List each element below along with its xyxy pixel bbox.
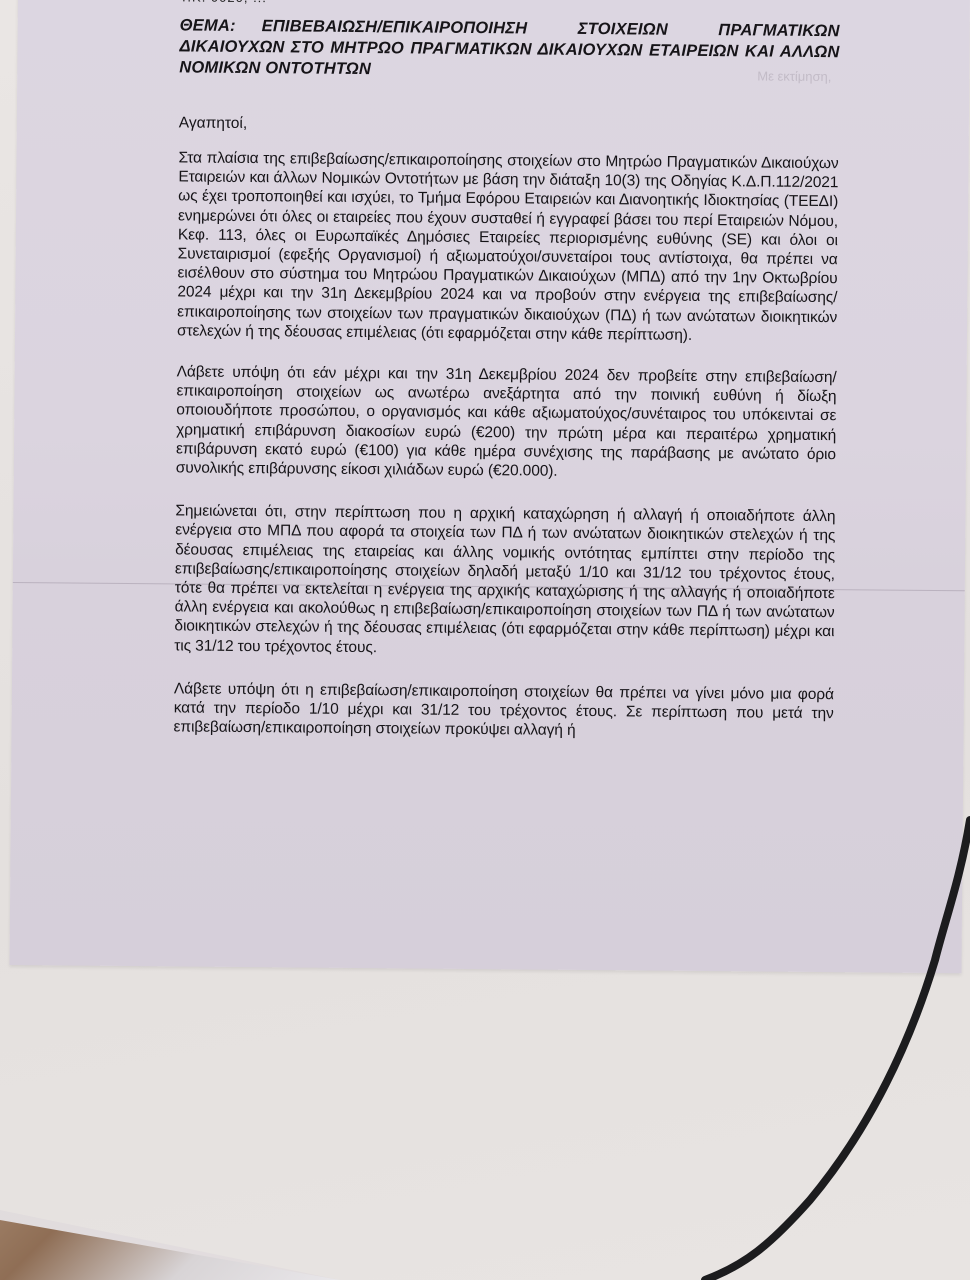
paragraph-penalties: Λάβετε υπόψη ότι εάν μέχρι και την 31η Δ… <box>176 362 837 483</box>
letter-page: Με εκτίμηση, Τ.Κ. 0020, ... ΘΕΜΑ:ΕΠΙΒΕΒΑ… <box>9 0 969 973</box>
subject-label: ΘΕΜΑ: <box>180 16 236 34</box>
paragraph-changes-during-period: Σημειώνεται ότι, στην περίπτωση που η αρ… <box>174 502 835 661</box>
reference-line: Τ.Κ. 0020, ... <box>180 0 840 9</box>
subject-heading: ΘΕΜΑ:ΕΠΙΒΕΒΑΙΩΣΗ/ΕΠΙΚΑΙΡΟΠΟΙΗΣΗ ΣΤΟΙΧΕΙΩ… <box>179 15 840 84</box>
greeting: Αγαπητοί, <box>179 114 839 138</box>
letter-body: Τ.Κ. 0020, ... ΘΕΜΑ:ΕΠΙΒΕΒΑΙΩΣΗ/ΕΠΙΚΑΙΡΟ… <box>173 0 840 758</box>
subject-text: ΕΠΙΒΕΒΑΙΩΣΗ/ΕΠΙΚΑΙΡΟΠΟΙΗΣΗ ΣΤΟΙΧΕΙΩΝ ΠΡΑ… <box>179 17 839 78</box>
paragraph-confirmation-period: Στα πλαίσια της επιβεβαίωσης/επικαιροποί… <box>177 148 839 346</box>
paragraph-once-per-period: Λάβετε υπόψη ότι η επιβεβαίωση/επικαιροπ… <box>173 679 833 742</box>
